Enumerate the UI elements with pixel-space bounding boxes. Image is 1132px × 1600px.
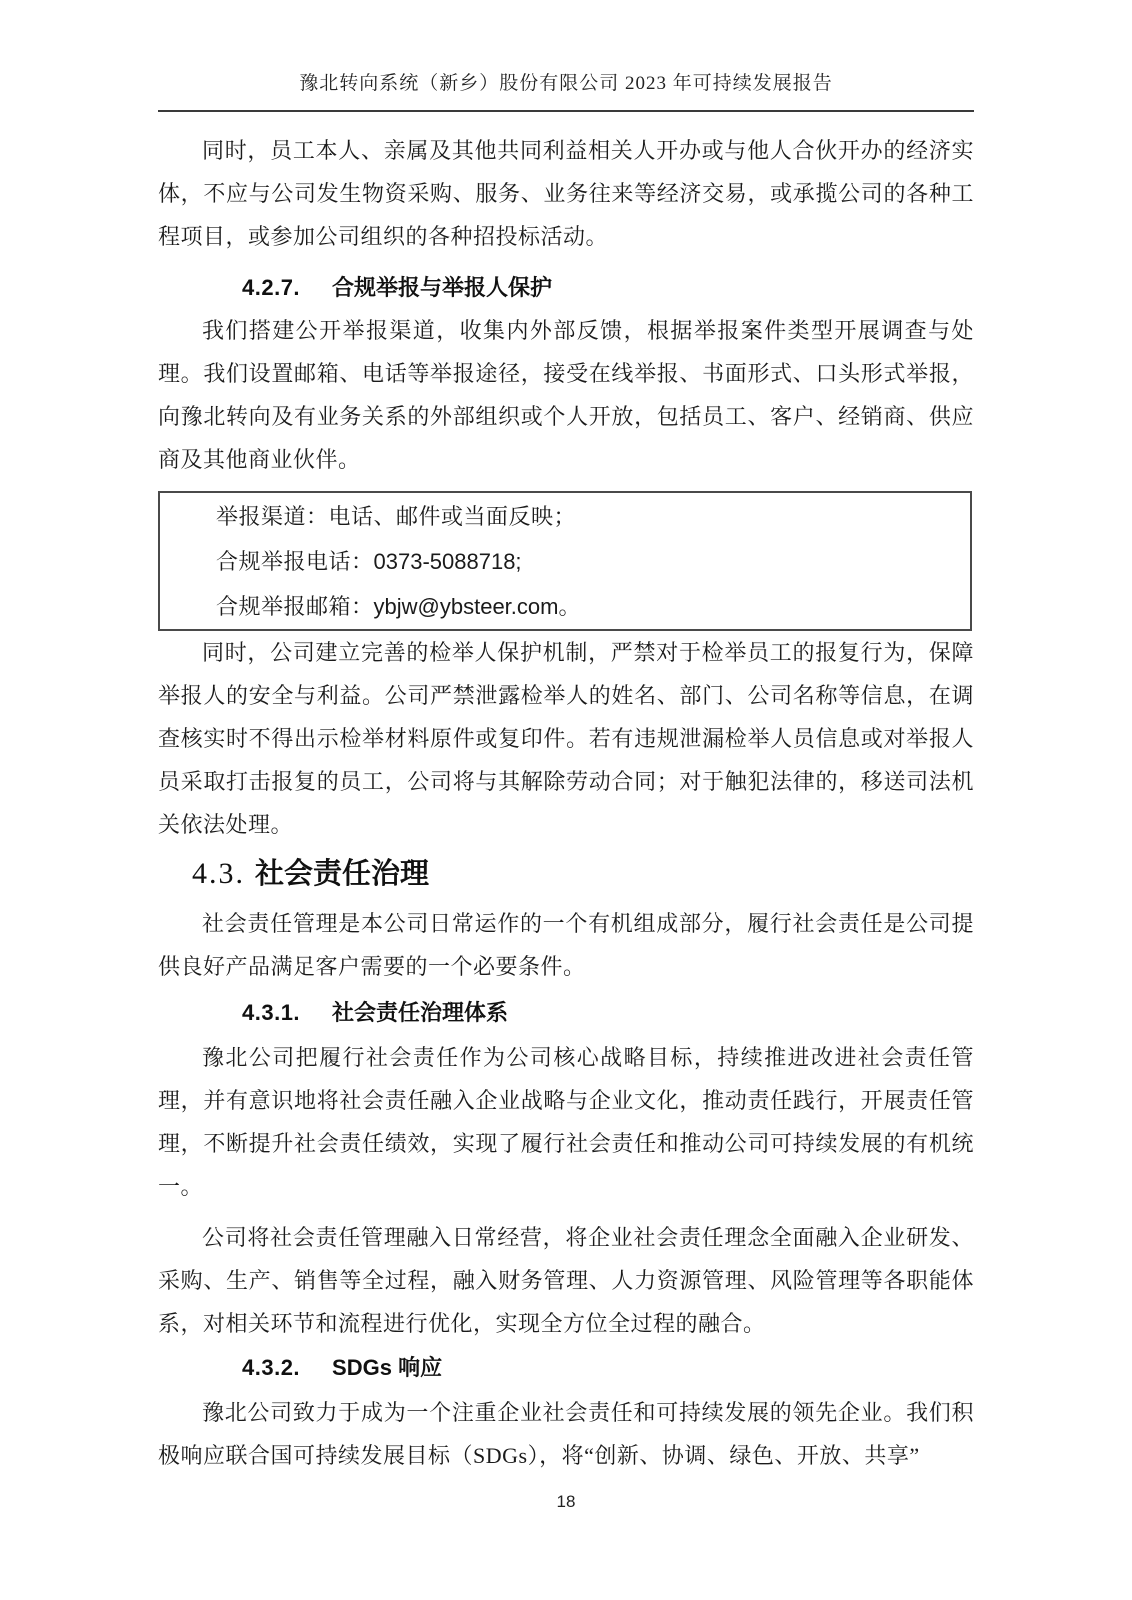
heading-number: 4.3.2.: [242, 1353, 300, 1383]
box-line-email: 合规举报邮箱：ybjw@ybsteer.com。: [216, 584, 960, 629]
heading-title: SDGs 响应: [332, 1355, 442, 1380]
heading-4-2-7: 4.2.7.合规举报与举报人保护: [242, 273, 974, 303]
heading-title: 合规举报与举报人保护: [332, 275, 552, 300]
page-number: 18: [0, 1492, 1132, 1512]
box-line-text: 合规举报电话：: [216, 549, 374, 574]
paragraph-csr-intro: 社会责任管理是本公司日常运作的一个有机组成部分，履行社会责任是公司提供良好产品满…: [158, 902, 974, 988]
compliance-phone-number: 0373-5088718;: [374, 549, 522, 574]
paragraph-csr-integration: 公司将社会责任管理融入日常经营，将企业社会责任理念全面融入企业研发、采购、生产、…: [158, 1216, 974, 1345]
heading-title: 社会责任治理体系: [332, 1000, 508, 1025]
heading-number: 4.2.7.: [242, 273, 300, 303]
heading-title: 社会责任治理: [255, 858, 429, 890]
box-line-text: 举报渠道：电话、邮件或当面反映；: [216, 504, 576, 529]
box-line-channel: 举报渠道：电话、邮件或当面反映；: [216, 494, 960, 539]
heading-4-3-1: 4.3.1.社会责任治理体系: [242, 998, 974, 1028]
box-line-text: 合规举报邮箱：: [216, 594, 374, 619]
heading-4-3-2: 4.3.2.SDGs 响应: [242, 1353, 974, 1383]
paragraph-reporting-channels: 我们搭建公开举报渠道，收集内外部反馈，根据举报案件类型开展调查与处理。我们设置邮…: [158, 309, 974, 481]
heading-number: 4.3.: [192, 854, 245, 894]
header-divider: [158, 110, 974, 112]
box-line-suffix: 。: [558, 594, 581, 619]
paragraph-sdgs-response: 豫北公司致力于成为一个注重企业社会责任和可持续发展的领先企业。我们积极响应联合国…: [158, 1391, 974, 1477]
page-content: 同时，员工本人、亲属及其他共同利益相关人开办或与他人合伙开办的经济实体，不应与公…: [158, 129, 974, 1477]
box-line-phone: 合规举报电话：0373-5088718;: [216, 539, 960, 584]
heading-number: 4.3.1.: [242, 998, 300, 1028]
paragraph-economic-entities: 同时，员工本人、亲属及其他共同利益相关人开办或与他人合伙开办的经济实体，不应与公…: [158, 129, 974, 258]
whistleblowing-contact-box: 举报渠道：电话、邮件或当面反映； 合规举报电话：0373-5088718; 合规…: [158, 491, 972, 631]
paragraph-csr-strategy: 豫北公司把履行社会责任作为公司核心战略目标，持续推进改进社会责任管理，并有意识地…: [158, 1036, 974, 1208]
page-header-title: 豫北转向系统（新乡）股份有限公司 2023 年可持续发展报告: [0, 70, 1132, 98]
compliance-email-address: ybjw@ybsteer.com: [374, 594, 559, 619]
report-page: 豫北转向系统（新乡）股份有限公司 2023 年可持续发展报告 同时，员工本人、亲…: [0, 0, 1132, 1600]
heading-4-3: 4.3.社会责任治理: [192, 854, 974, 894]
paragraph-whistleblower-protection: 同时，公司建立完善的检举人保护机制，严禁对于检举员工的报复行为，保障举报人的安全…: [158, 631, 974, 846]
